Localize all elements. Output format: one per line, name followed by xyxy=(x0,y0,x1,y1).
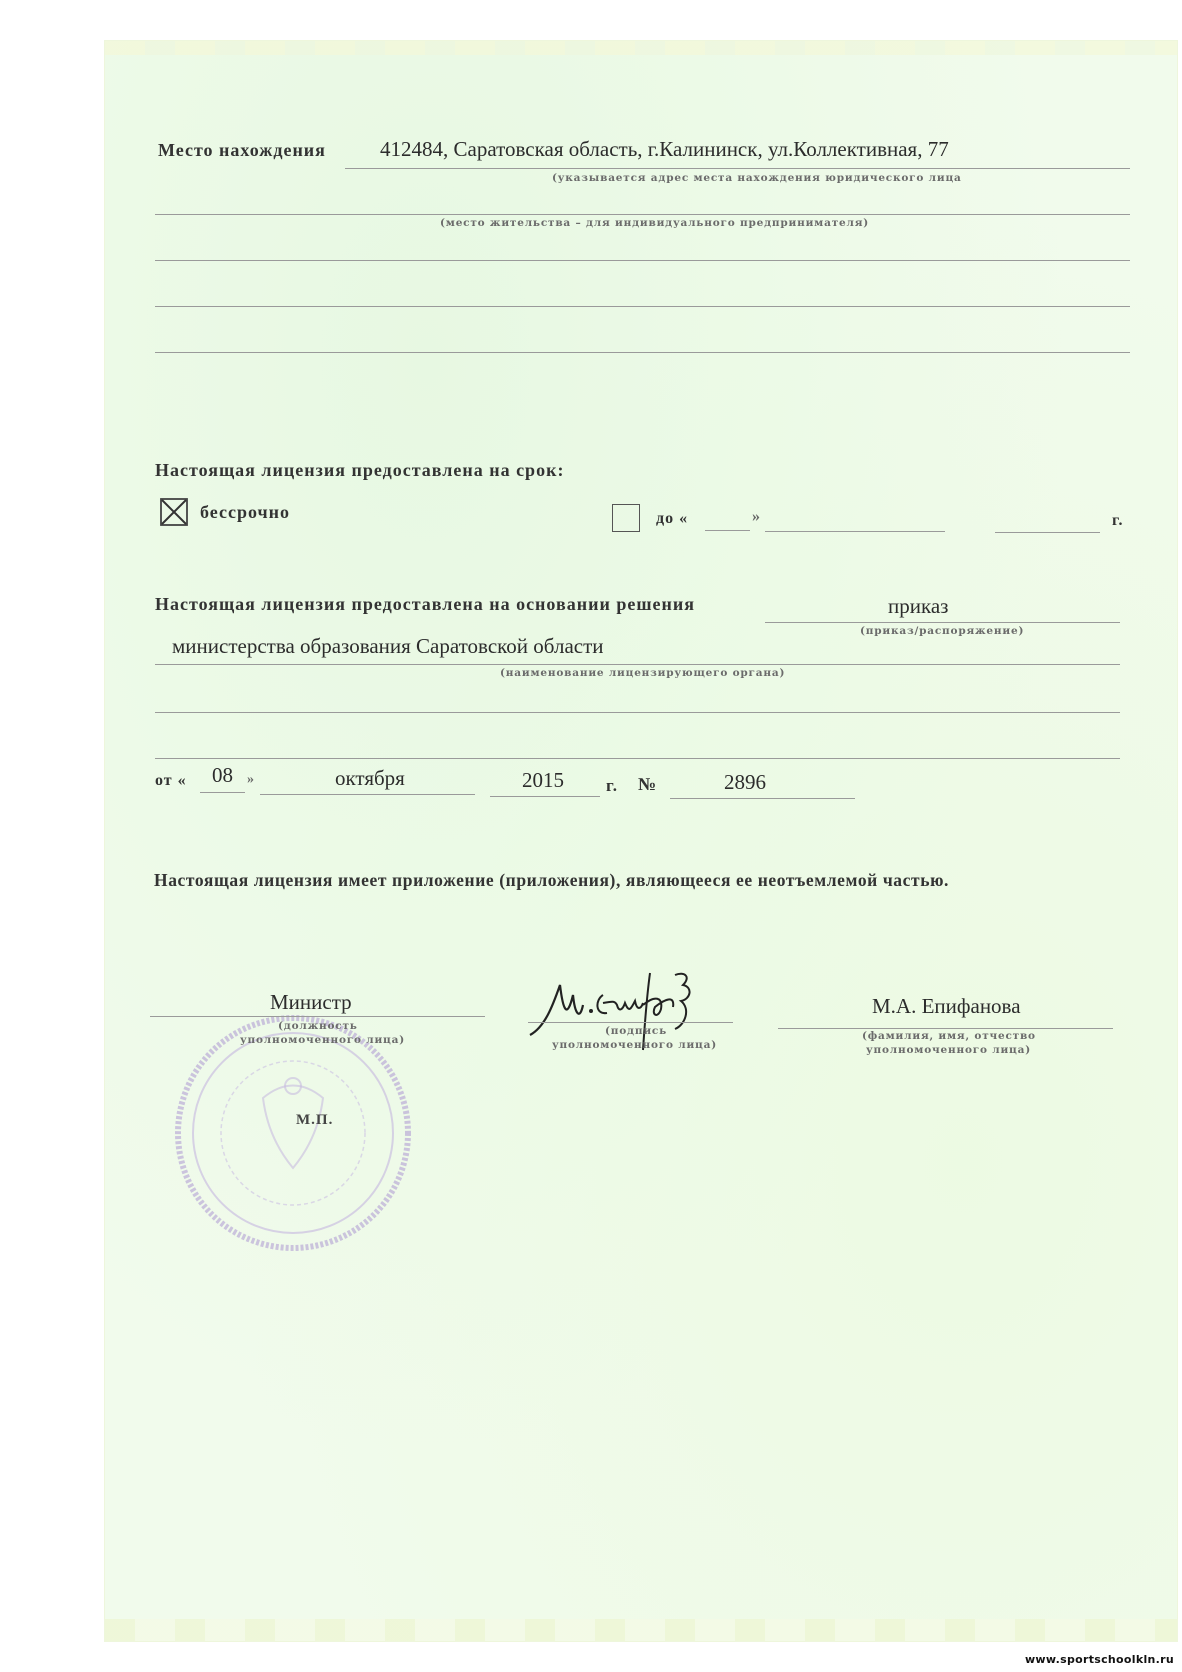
date-day: 08 xyxy=(212,763,233,788)
location-label: Место нахождения xyxy=(158,140,326,161)
until-label: до « xyxy=(656,510,688,528)
date-year: 2015 xyxy=(522,768,564,793)
name-hint-1: (фамилия, имя, отчество xyxy=(862,1030,1036,1042)
name-hint-2: уполномоченного лица) xyxy=(866,1044,1031,1056)
date-year-suffix: г. xyxy=(606,776,618,796)
basis-doc-type: приказ xyxy=(888,594,948,619)
unlimited-checkbox[interactable] xyxy=(160,498,188,526)
position-line xyxy=(150,1016,485,1017)
rule-line xyxy=(155,712,1120,713)
authority-name: министерства образования Саратовской обл… xyxy=(172,634,604,659)
until-month-line[interactable] xyxy=(765,531,945,532)
position-hint-1: (должность xyxy=(278,1020,358,1032)
seal-label: М.П. xyxy=(296,1112,333,1129)
rule-line xyxy=(155,352,1130,353)
number-line xyxy=(670,798,855,799)
number-sign: № xyxy=(638,774,657,795)
decision-number: 2896 xyxy=(724,770,766,795)
until-checkbox[interactable] xyxy=(612,504,640,532)
until-year-line[interactable] xyxy=(995,532,1100,533)
basis-heading: Настоящая лицензия предоставлена на осно… xyxy=(155,594,695,615)
month-line xyxy=(260,794,475,795)
doc-type-line xyxy=(765,622,1120,623)
signature-hint-1: (подпись xyxy=(605,1025,667,1037)
until-day-line[interactable] xyxy=(705,530,750,531)
day-line xyxy=(200,792,245,793)
location-hint-legal: (указывается адрес места нахождения юрид… xyxy=(552,172,962,184)
appendix-note: Настоящая лицензия имеет приложение (при… xyxy=(154,870,949,891)
signature-hint-2: уполномоченного лица) xyxy=(552,1039,717,1051)
doc-type-hint: (приказ/распоряжение) xyxy=(860,625,1024,637)
signatory-position: Министр xyxy=(270,990,352,1015)
term-heading: Настоящая лицензия предоставлена на срок… xyxy=(155,460,564,481)
until-year-suffix: г. xyxy=(1112,512,1123,530)
signature-line xyxy=(528,1022,733,1023)
authority-hint: (наименование лицензирующего органа) xyxy=(500,667,785,679)
license-sheet xyxy=(104,40,1178,1642)
location-line xyxy=(345,168,1130,169)
rule-line xyxy=(155,214,1130,215)
year-line xyxy=(490,796,600,797)
signatory-name: М.А. Епифанова xyxy=(872,994,1021,1019)
checked-x-icon xyxy=(160,498,188,526)
name-line xyxy=(778,1028,1113,1029)
location-value: 412484, Саратовская область, г.Калининск… xyxy=(380,137,949,162)
rule-line xyxy=(155,260,1130,261)
date-prefix: от « xyxy=(155,772,187,790)
location-hint-individual: (место жительства – для индивидуального … xyxy=(440,217,869,229)
unlimited-label: бессрочно xyxy=(200,502,290,523)
authority-line xyxy=(155,664,1120,665)
until-close-quote: » xyxy=(752,508,761,526)
position-hint-2: уполномоченного лица) xyxy=(240,1034,405,1046)
rule-line xyxy=(155,758,1120,759)
rule-line xyxy=(155,306,1130,307)
site-watermark: www.sportschoolkln.ru xyxy=(1025,1653,1174,1666)
date-day-close: » xyxy=(247,772,255,788)
date-month: октября xyxy=(335,766,405,791)
